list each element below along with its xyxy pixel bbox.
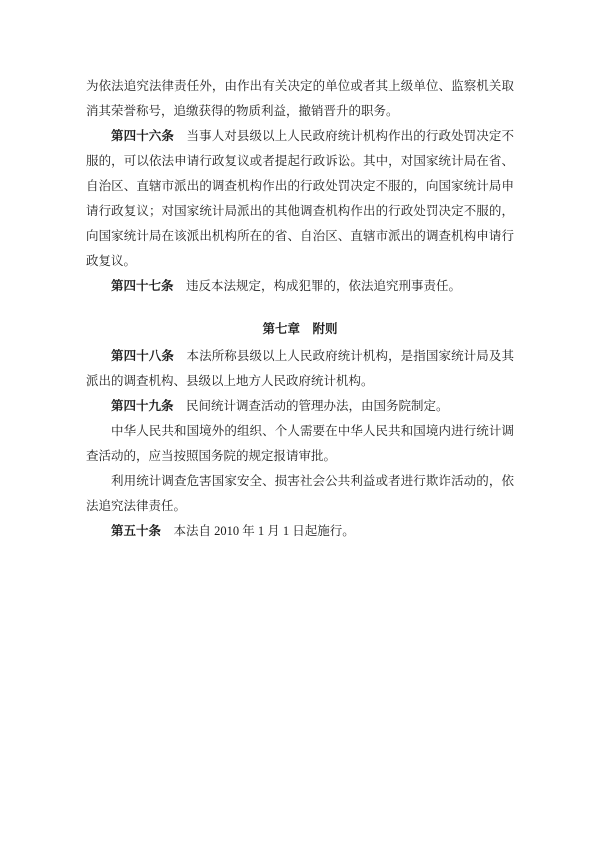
article-text: 违反本法规定，构成犯罪的，依法追究刑事责任。	[186, 279, 461, 293]
article-paragraph: 第四十九条民间统计调查活动的管理办法，由国务院制定。	[86, 394, 514, 419]
article-number: 第五十条	[111, 524, 161, 538]
article-number: 第四十七条	[111, 279, 174, 293]
document-content: 为依法追究法律责任外，由作出有关决定的单位或者其上级单位、监察机关取消其荣誉称号…	[86, 74, 514, 544]
document-page: 为依法追究法律责任外，由作出有关决定的单位或者其上级单位、监察机关取消其荣誉称号…	[0, 0, 600, 848]
article-paragraph: 第四十七条违反本法规定，构成犯罪的，依法追究刑事责任。	[86, 274, 514, 299]
article-paragraph: 第四十六条当事人对县级以上人民政府统计机构作出的行政处罚决定不服的，可以依法申请…	[86, 124, 514, 274]
article-number: 第四十六条	[111, 129, 174, 143]
article-text: 本法自 2010 年 1 月 1 日起施行。	[174, 524, 355, 538]
body-paragraph: 为依法追究法律责任外，由作出有关决定的单位或者其上级单位、监察机关取消其荣誉称号…	[86, 74, 514, 124]
article-text: 当事人对县级以上人民政府统计机构作出的行政处罚决定不服的，可以依法申请行政复议或…	[86, 129, 514, 268]
article-number: 第四十八条	[111, 349, 174, 363]
article-paragraph: 第四十八条本法所称县级以上人民政府统计机构，是指国家统计局及其派出的调查机构、县…	[86, 344, 514, 394]
article-number: 第四十九条	[111, 399, 174, 413]
body-paragraph: 利用统计调查危害国家安全、损害社会公共利益或者进行欺诈活动的，依法追究法律责任。	[86, 469, 514, 519]
article-paragraph: 第五十条本法自 2010 年 1 月 1 日起施行。	[86, 519, 514, 544]
body-paragraph: 中华人民共和国境外的组织、个人需要在中华人民共和国境内进行统计调查活动的，应当按…	[86, 419, 514, 469]
article-text: 民间统计调查活动的管理办法，由国务院制定。	[186, 399, 449, 413]
chapter-heading: 第七章 附则	[86, 317, 514, 342]
